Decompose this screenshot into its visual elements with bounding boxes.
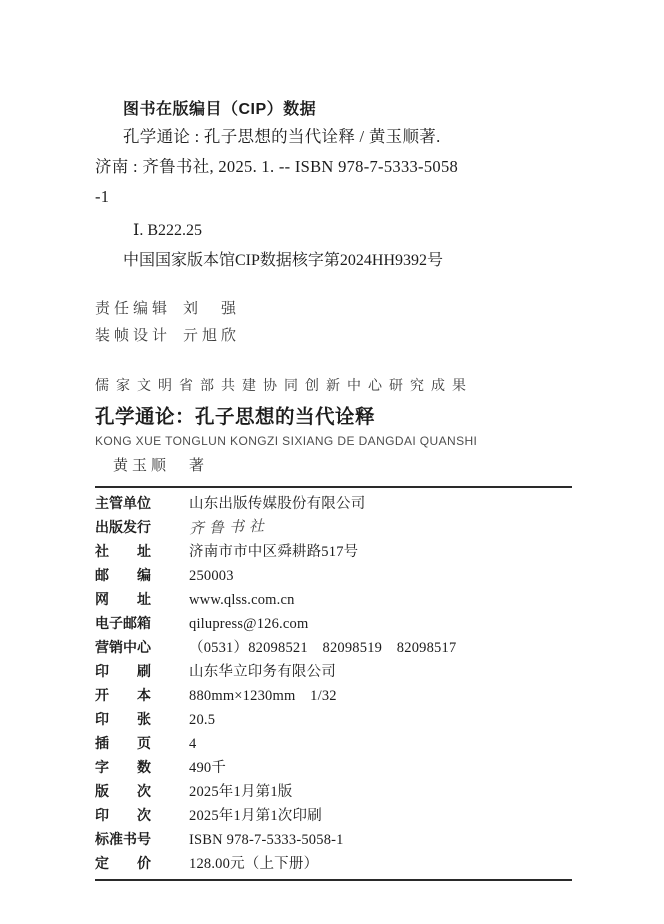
editor-name: 刘 强 — [183, 301, 240, 317]
colophon-row-printer: 印 刷 山东华立印务有限公司 — [95, 659, 572, 683]
page-content: 图书在版编目（CIP）数据 孔学通论 : 孔子思想的当代诠释 / 黄玉顺著. 济… — [95, 0, 572, 881]
cip-record-number: 中国国家版本馆CIP数据核字第2024HH9392号 — [95, 246, 572, 276]
row-value: 2025年1月第1次印刷 — [189, 804, 322, 828]
colophon-row-address: 社 址 济南市市中区舜耕路517号 — [95, 539, 572, 563]
book-copyright-page: 图书在版编目（CIP）数据 孔学通论 : 孔子思想的当代诠释 / 黄玉顺著. 济… — [0, 0, 664, 924]
colophon-row-postcode: 邮 编 250003 — [95, 563, 572, 587]
colophon-row-edition: 版 次 2025年1月第1版 — [95, 779, 572, 803]
row-value: 490千 — [189, 756, 226, 780]
row-value: 2025年1月第1版 — [189, 780, 293, 804]
colophon-table: 主管单位 山东出版传媒股份有限公司 出版发行 齐鲁书社 社 址 济南市市中区舜耕… — [95, 488, 572, 879]
row-label: 邮 编 — [95, 563, 153, 587]
row-value: （0531）82098521 82098519 82098517 — [189, 636, 456, 660]
series-note: 儒家文明省部共建协同创新中心研究成果 — [95, 376, 572, 398]
row-value: 20.5 — [189, 708, 215, 732]
colophon-row-website: 网 址 www.qlss.com.cn — [95, 587, 572, 611]
credit-row-editor: 责任编辑刘 强 — [95, 296, 572, 323]
row-value: 880mm×1230mm 1/32 — [189, 684, 337, 708]
book-author: 黄玉顺 著 — [95, 455, 572, 478]
editor-label: 责任编辑 — [95, 301, 171, 317]
row-label: 印 刷 — [95, 659, 153, 683]
colophon-row-publisher: 出版发行 齐鲁书社 — [95, 515, 572, 539]
publisher-calligraphy-logo: 齐鲁书社 — [189, 515, 270, 542]
row-value: ISBN 978-7-5333-5058-1 — [189, 828, 344, 852]
colophon-row-wordcount: 字 数 490千 — [95, 755, 572, 779]
designer-name: 亓旭欣 — [183, 328, 240, 344]
row-label: 字 数 — [95, 755, 153, 779]
row-label: 开 本 — [95, 683, 153, 707]
row-label: 社 址 — [95, 539, 153, 563]
row-label: 网 址 — [95, 587, 153, 611]
credits-block: 责任编辑刘 强 装帧设计亓旭欣 — [95, 296, 572, 350]
colophon-row-isbn: 标准书号 ISBN 978-7-5333-5058-1 — [95, 827, 572, 851]
row-value: 山东华立印务有限公司 — [189, 660, 336, 684]
row-value: www.qlss.com.cn — [189, 588, 295, 612]
row-value: 4 — [189, 732, 196, 756]
row-value: qilupress@126.com — [189, 612, 308, 636]
row-value: 128.00元（上下册） — [189, 852, 318, 876]
row-label: 出版发行 — [95, 515, 153, 539]
colophon-row-supervisor: 主管单位 山东出版传媒股份有限公司 — [95, 491, 572, 515]
colophon-row-printing: 印 次 2025年1月第1次印刷 — [95, 803, 572, 827]
cip-title-line: 孔学通论 : 孔子思想的当代诠释 / 黄玉顺著. — [95, 122, 572, 152]
row-value: 山东出版传媒股份有限公司 — [189, 492, 365, 516]
colophon-row-sheets: 印 张 20.5 — [95, 707, 572, 731]
row-value: 济南市市中区舜耕路517号 — [189, 540, 358, 564]
book-title: 孔学通论：孔子思想的当代诠释 — [95, 403, 572, 431]
cip-block: 图书在版编目（CIP）数据 孔学通论 : 孔子思想的当代诠释 / 黄玉顺著. 济… — [95, 98, 572, 276]
cip-publisher-line: 济南 : 齐鲁书社, 2025. 1. -- ISBN 978-7-5333-5… — [95, 152, 572, 182]
row-label: 电子邮箱 — [95, 611, 153, 635]
colophon-row-price: 定 价 128.00元（上下册） — [95, 851, 572, 875]
row-label: 主管单位 — [95, 491, 153, 515]
cip-classification-number: Ⅰ. B222.25 — [95, 216, 572, 246]
row-label: 版 次 — [95, 779, 153, 803]
colophon-row-marketing: 营销中心 （0531）82098521 82098519 82098517 — [95, 635, 572, 659]
row-label: 印 张 — [95, 707, 153, 731]
colophon-row-format: 开 本 880mm×1230mm 1/32 — [95, 683, 572, 707]
colophon-row-email: 电子邮箱 qilupress@126.com — [95, 611, 572, 635]
colophon-row-inserts: 插 页 4 — [95, 731, 572, 755]
bottom-rule — [95, 879, 572, 881]
row-label: 定 价 — [95, 851, 153, 875]
row-label: 营销中心 — [95, 635, 153, 659]
row-label: 印 次 — [95, 803, 153, 827]
row-label: 标准书号 — [95, 827, 153, 851]
row-value: 250003 — [189, 564, 234, 588]
book-title-pinyin: KONG XUE TONGLUN KONGZI SIXIANG DE DANGD… — [95, 433, 572, 450]
cip-isbn-continuation: -1 — [95, 182, 572, 212]
credit-row-designer: 装帧设计亓旭欣 — [95, 323, 572, 350]
designer-label: 装帧设计 — [95, 328, 171, 344]
row-label: 插 页 — [95, 731, 153, 755]
cip-heading: 图书在版编目（CIP）数据 — [95, 98, 572, 122]
